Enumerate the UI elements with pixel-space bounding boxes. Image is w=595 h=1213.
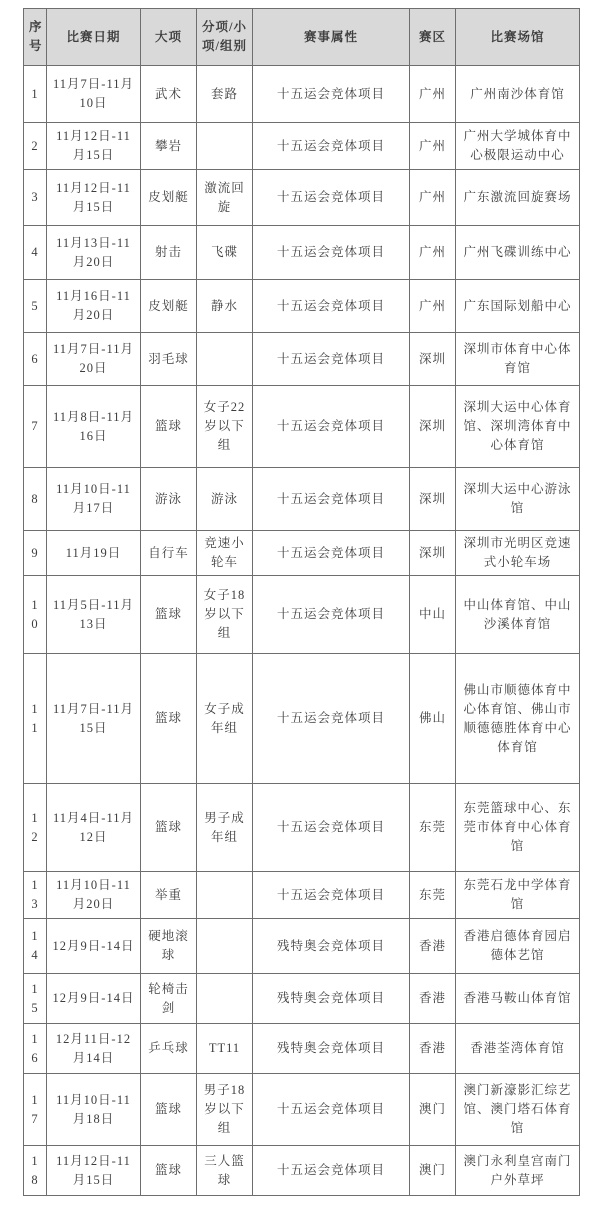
- cell-sport: 篮球: [141, 1146, 197, 1196]
- cell-index: 7: [24, 386, 47, 468]
- cell-zone: 澳门: [410, 1074, 456, 1146]
- cell-date: 12月9日-14日: [47, 974, 141, 1024]
- col-header-index: 序号: [24, 9, 47, 66]
- cell-venue: 广州飞碟训练中心: [456, 226, 580, 280]
- table-row: 711月8日-11月16日篮球女子22岁以下组十五运会竞体项目深圳深圳大运中心体…: [24, 386, 580, 468]
- table-body: 111月7日-11月10日武术套路十五运会竞体项目广州广州南沙体育馆211月12…: [24, 66, 580, 1196]
- cell-zone: 东莞: [410, 872, 456, 919]
- cell-discipline: 男子成年组: [197, 784, 253, 872]
- cell-attribute: 残特奥会竞体项目: [253, 974, 410, 1024]
- cell-sport: 硬地滚球: [141, 919, 197, 974]
- cell-venue: 香港启德体育园启德体艺馆: [456, 919, 580, 974]
- cell-date: 12月9日-14日: [47, 919, 141, 974]
- cell-date: 11月16日-11月20日: [47, 280, 141, 333]
- table-row: 111月7日-11月10日武术套路十五运会竞体项目广州广州南沙体育馆: [24, 66, 580, 123]
- cell-zone: 佛山: [410, 654, 456, 784]
- cell-venue: 深圳大运中心体育馆、深圳湾体育中心体育馆: [456, 386, 580, 468]
- cell-venue: 深圳市光明区竞速式小轮车场: [456, 531, 580, 576]
- cell-sport: 皮划艇: [141, 280, 197, 333]
- cell-index: 17: [24, 1074, 47, 1146]
- table-row: 1512月9日-14日轮椅击剑残特奥会竞体项目香港香港马鞍山体育馆: [24, 974, 580, 1024]
- cell-sport: 自行车: [141, 531, 197, 576]
- cell-index: 16: [24, 1024, 47, 1074]
- col-header-discipline: 分项/小项/组别: [197, 9, 253, 66]
- cell-attribute: 十五运会竞体项目: [253, 386, 410, 468]
- table-row: 1612月11日-12月14日乒乓球TT11残特奥会竞体项目香港香港荃湾体育馆: [24, 1024, 580, 1074]
- cell-zone: 香港: [410, 974, 456, 1024]
- cell-attribute: 十五运会竞体项目: [253, 872, 410, 919]
- cell-index: 4: [24, 226, 47, 280]
- cell-index: 18: [24, 1146, 47, 1196]
- table-row: 411月13日-11月20日射击飞碟十五运会竞体项目广州广州飞碟训练中心: [24, 226, 580, 280]
- cell-index: 8: [24, 468, 47, 531]
- cell-zone: 香港: [410, 919, 456, 974]
- cell-zone: 广州: [410, 280, 456, 333]
- cell-index: 11: [24, 654, 47, 784]
- cell-index: 14: [24, 919, 47, 974]
- cell-venue: 香港马鞍山体育馆: [456, 974, 580, 1024]
- cell-index: 12: [24, 784, 47, 872]
- cell-discipline: TT11: [197, 1024, 253, 1074]
- cell-date: 11月12日-11月15日: [47, 170, 141, 226]
- cell-venue: 澳门永利皇宫南门户外草坪: [456, 1146, 580, 1196]
- cell-venue: 深圳市体育中心体育馆: [456, 333, 580, 386]
- cell-attribute: 十五运会竞体项目: [253, 531, 410, 576]
- cell-index: 15: [24, 974, 47, 1024]
- cell-zone: 广州: [410, 123, 456, 170]
- cell-zone: 广州: [410, 66, 456, 123]
- cell-zone: 中山: [410, 576, 456, 654]
- cell-sport: 武术: [141, 66, 197, 123]
- cell-date: 11月5日-11月13日: [47, 576, 141, 654]
- cell-discipline: 女子成年组: [197, 654, 253, 784]
- cell-attribute: 残特奥会竞体项目: [253, 919, 410, 974]
- cell-discipline: 套路: [197, 66, 253, 123]
- table-row: 911月19日自行车竞速小轮车十五运会竞体项目深圳深圳市光明区竞速式小轮车场: [24, 531, 580, 576]
- cell-attribute: 十五运会竞体项目: [253, 784, 410, 872]
- table-row: 1111月7日-11月15日篮球女子成年组十五运会竞体项目佛山佛山市顺德体育中心…: [24, 654, 580, 784]
- cell-date: 11月10日-11月18日: [47, 1074, 141, 1146]
- cell-date: 11月7日-11月10日: [47, 66, 141, 123]
- col-header-venue: 比赛场馆: [456, 9, 580, 66]
- table-row: 1011月5日-11月13日篮球女子18岁以下组十五运会竞体项目中山中山体育馆、…: [24, 576, 580, 654]
- cell-sport: 羽毛球: [141, 333, 197, 386]
- table-row: 511月16日-11月20日皮划艇静水十五运会竞体项目广州广东国际划船中心: [24, 280, 580, 333]
- cell-discipline: 竞速小轮车: [197, 531, 253, 576]
- table-row: 1211月4日-11月12日篮球男子成年组十五运会竞体项目东莞东莞篮球中心、东莞…: [24, 784, 580, 872]
- cell-discipline: 男子18岁以下组: [197, 1074, 253, 1146]
- cell-discipline: 飞碟: [197, 226, 253, 280]
- cell-discipline: [197, 919, 253, 974]
- table-row: 1311月10日-11月20日举重十五运会竞体项目东莞东莞石龙中学体育馆: [24, 872, 580, 919]
- cell-discipline: 女子18岁以下组: [197, 576, 253, 654]
- cell-date: 11月10日-11月20日: [47, 872, 141, 919]
- cell-date: 11月7日-11月15日: [47, 654, 141, 784]
- cell-zone: 深圳: [410, 386, 456, 468]
- cell-index: 6: [24, 333, 47, 386]
- cell-sport: 篮球: [141, 654, 197, 784]
- header-row: 序号 比赛日期 大项 分项/小项/组别 赛事属性 赛区 比赛场馆: [24, 9, 580, 66]
- cell-zone: 香港: [410, 1024, 456, 1074]
- cell-venue: 广东激流回旋赛场: [456, 170, 580, 226]
- cell-sport: 篮球: [141, 386, 197, 468]
- cell-zone: 广州: [410, 226, 456, 280]
- table-row: 311月12日-11月15日皮划艇激流回旋十五运会竞体项目广州广东激流回旋赛场: [24, 170, 580, 226]
- schedule-table-container: 序号 比赛日期 大项 分项/小项/组别 赛事属性 赛区 比赛场馆 111月7日-…: [23, 8, 579, 1196]
- table-row: 811月10日-11月17日游泳游泳十五运会竞体项目深圳深圳大运中心游泳馆: [24, 468, 580, 531]
- cell-attribute: 十五运会竞体项目: [253, 280, 410, 333]
- cell-date: 11月12日-11月15日: [47, 1146, 141, 1196]
- cell-discipline: [197, 333, 253, 386]
- cell-zone: 深圳: [410, 333, 456, 386]
- cell-sport: 篮球: [141, 1074, 197, 1146]
- cell-sport: 游泳: [141, 468, 197, 531]
- cell-sport: 攀岩: [141, 123, 197, 170]
- cell-sport: 皮划艇: [141, 170, 197, 226]
- cell-date: 11月7日-11月20日: [47, 333, 141, 386]
- cell-sport: 篮球: [141, 784, 197, 872]
- cell-sport: 乒乓球: [141, 1024, 197, 1074]
- cell-attribute: 十五运会竞体项目: [253, 1146, 410, 1196]
- cell-index: 13: [24, 872, 47, 919]
- col-header-date: 比赛日期: [47, 9, 141, 66]
- cell-zone: 澳门: [410, 1146, 456, 1196]
- cell-date: 11月10日-11月17日: [47, 468, 141, 531]
- cell-date: 12月11日-12月14日: [47, 1024, 141, 1074]
- cell-index: 1: [24, 66, 47, 123]
- table-row: 1811月12日-11月15日篮球三人篮球十五运会竞体项目澳门澳门永利皇宫南门户…: [24, 1146, 580, 1196]
- cell-date: 11月4日-11月12日: [47, 784, 141, 872]
- cell-discipline: 女子22岁以下组: [197, 386, 253, 468]
- cell-attribute: 十五运会竞体项目: [253, 66, 410, 123]
- cell-index: 2: [24, 123, 47, 170]
- cell-sport: 篮球: [141, 576, 197, 654]
- cell-index: 10: [24, 576, 47, 654]
- cell-zone: 深圳: [410, 468, 456, 531]
- cell-discipline: 游泳: [197, 468, 253, 531]
- cell-venue: 中山体育馆、中山沙溪体育馆: [456, 576, 580, 654]
- cell-attribute: 十五运会竞体项目: [253, 468, 410, 531]
- cell-venue: 香港荃湾体育馆: [456, 1024, 580, 1074]
- cell-venue: 深圳大运中心游泳馆: [456, 468, 580, 531]
- table-row: 211月12日-11月15日攀岩十五运会竞体项目广州广州大学城体育中心极限运动中…: [24, 123, 580, 170]
- event-schedule-table: 序号 比赛日期 大项 分项/小项/组别 赛事属性 赛区 比赛场馆 111月7日-…: [23, 8, 580, 1196]
- cell-venue: 广州大学城体育中心极限运动中心: [456, 123, 580, 170]
- cell-index: 3: [24, 170, 47, 226]
- cell-index: 5: [24, 280, 47, 333]
- cell-discipline: [197, 123, 253, 170]
- table-row: 611月7日-11月20日羽毛球十五运会竞体项目深圳深圳市体育中心体育馆: [24, 333, 580, 386]
- cell-zone: 广州: [410, 170, 456, 226]
- table-row: 1711月10日-11月18日篮球男子18岁以下组十五运会竞体项目澳门澳门新濠影…: [24, 1074, 580, 1146]
- cell-index: 9: [24, 531, 47, 576]
- col-header-attribute: 赛事属性: [253, 9, 410, 66]
- cell-attribute: 十五运会竞体项目: [253, 654, 410, 784]
- cell-date: 11月8日-11月16日: [47, 386, 141, 468]
- cell-venue: 东莞石龙中学体育馆: [456, 872, 580, 919]
- cell-discipline: 激流回旋: [197, 170, 253, 226]
- cell-date: 11月19日: [47, 531, 141, 576]
- cell-discipline: 三人篮球: [197, 1146, 253, 1196]
- cell-discipline: [197, 974, 253, 1024]
- cell-sport: 轮椅击剑: [141, 974, 197, 1024]
- cell-sport: 举重: [141, 872, 197, 919]
- cell-attribute: 十五运会竞体项目: [253, 226, 410, 280]
- col-header-zone: 赛区: [410, 9, 456, 66]
- cell-attribute: 十五运会竞体项目: [253, 333, 410, 386]
- cell-attribute: 十五运会竞体项目: [253, 1074, 410, 1146]
- cell-attribute: 十五运会竞体项目: [253, 170, 410, 226]
- cell-date: 11月13日-11月20日: [47, 226, 141, 280]
- cell-venue: 佛山市顺德体育中心体育馆、佛山市顺德德胜体育中心体育馆: [456, 654, 580, 784]
- col-header-sport: 大项: [141, 9, 197, 66]
- cell-venue: 东莞篮球中心、东莞市体育中心体育馆: [456, 784, 580, 872]
- cell-attribute: 残特奥会竞体项目: [253, 1024, 410, 1074]
- cell-attribute: 十五运会竞体项目: [253, 576, 410, 654]
- cell-date: 11月12日-11月15日: [47, 123, 141, 170]
- cell-venue: 澳门新濠影汇综艺馆、澳门塔石体育馆: [456, 1074, 580, 1146]
- cell-discipline: [197, 872, 253, 919]
- cell-attribute: 十五运会竞体项目: [253, 123, 410, 170]
- cell-venue: 广州南沙体育馆: [456, 66, 580, 123]
- table-header: 序号 比赛日期 大项 分项/小项/组别 赛事属性 赛区 比赛场馆: [24, 9, 580, 66]
- cell-venue: 广东国际划船中心: [456, 280, 580, 333]
- cell-discipline: 静水: [197, 280, 253, 333]
- cell-sport: 射击: [141, 226, 197, 280]
- cell-zone: 东莞: [410, 784, 456, 872]
- cell-zone: 深圳: [410, 531, 456, 576]
- table-row: 1412月9日-14日硬地滚球残特奥会竞体项目香港香港启德体育园启德体艺馆: [24, 919, 580, 974]
